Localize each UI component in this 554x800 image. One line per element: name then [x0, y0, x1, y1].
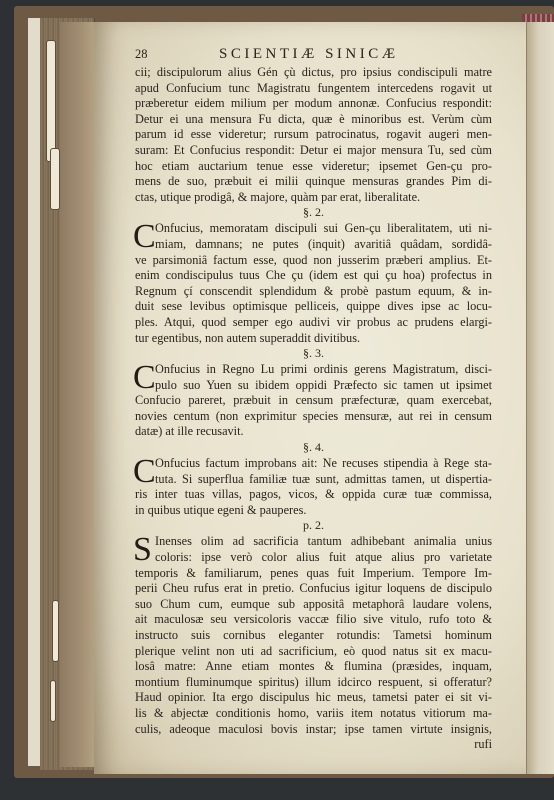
- section-heading: p. 2.: [135, 518, 492, 534]
- text-line: perii Cheu rufus erat in pretio. Confuci…: [135, 581, 492, 597]
- text-line: montium fluminumque spiritus) illum idci…: [135, 675, 492, 691]
- text-line: hoc etiam auctarium tenue esse videretur…: [135, 159, 492, 175]
- text-line: enim condiscipulus tuus Che çu (idem est…: [135, 268, 492, 284]
- text-line: præberetur eidem milium per modum annonæ…: [135, 96, 492, 112]
- text-line: plerique velint non uti ad sacrificium, …: [135, 644, 492, 660]
- text-line: ctas, utique prodigâ, & majore, quàm par…: [135, 190, 492, 206]
- drop-cap: S: [133, 534, 152, 565]
- text-line: suo Chum cum, eumque sub appositâ metaph…: [135, 597, 492, 613]
- torn-page-fragment: [46, 40, 56, 162]
- text-line: cii; discipulorum alius Gén çù dictus, p…: [135, 65, 492, 81]
- text-line: Detur ei una mensura Fu dicta, quæ è min…: [135, 112, 492, 128]
- running-head: SCIENTIÆ SINICÆ: [219, 47, 399, 63]
- text-line: miam, damnans; ne putes (inquit) avariti…: [135, 237, 492, 253]
- text-line: ris inter tuas villas, pagos, vicos, & o…: [135, 487, 492, 503]
- text-line: ve parsimoniâ factum esse, quod non juss…: [135, 253, 492, 269]
- text-line: suram: Et Confucius respondit: Detur ei …: [135, 143, 492, 159]
- torn-page-fragment: [50, 680, 56, 722]
- section-heading: §. 4.: [135, 440, 492, 456]
- facing-page-edge: [526, 22, 554, 774]
- section-paragraph: C Onfucius factum improbans ait: Ne recu…: [135, 456, 492, 518]
- section-heading: §. 2.: [135, 205, 492, 221]
- text-line: novies centum (non exprimitur species me…: [135, 409, 492, 425]
- text-line: mens de suo, præbuit ei milii quinque me…: [135, 174, 492, 190]
- text-line: temporis & familiarum, penes quas fuit I…: [135, 566, 492, 582]
- text-line: tuta. Si superflua familiæ tuæ sunt, adm…: [135, 472, 492, 488]
- text-line: apud Confucium tunc Magistratu fungentem…: [135, 81, 492, 97]
- page-text: 28 SCIENTIÆ SINICÆ cii; discipulorum ali…: [135, 47, 492, 753]
- text-line: Inenses olim ad sacrificia tantum adhibe…: [135, 534, 492, 550]
- text-line: datæ) at ille recusavit.: [135, 424, 492, 440]
- section-paragraph: S Inenses olim ad sacrificia tantum adhi…: [135, 534, 492, 752]
- page-gutter-shadow: [60, 22, 94, 767]
- opening-paragraph: cii; discipulorum alius Gén çù dictus, p…: [135, 65, 492, 205]
- text-line: parum id esse videretur; rursum patrocin…: [135, 127, 492, 143]
- torn-page-fragment: [52, 600, 59, 662]
- drop-cap: C: [133, 456, 156, 487]
- text-line: ples. Atqui, quod semper ego audivi vir …: [135, 315, 492, 331]
- text-line: ait maculosæ seu versicoloris vaccæ fili…: [135, 612, 492, 628]
- text-line: culis, adeoque maculosi bovis instar; ip…: [135, 722, 492, 738]
- book-page: 28 SCIENTIÆ SINICÆ cii; discipulorum ali…: [94, 22, 526, 774]
- section-paragraph: C Onfucius, memoratam discipuli sui Gen-…: [135, 221, 492, 346]
- text-line: tur egentibus, non autem superaddit divi…: [135, 331, 492, 347]
- text-line: duit sese levibus optimisque pelliceis, …: [135, 299, 492, 315]
- drop-cap: C: [133, 362, 156, 393]
- text-line: coloris: ipse verò color alius fuit atqu…: [135, 550, 492, 566]
- text-line: lis & abjectæ conditionis homo, variis i…: [135, 706, 492, 722]
- catchword: rufi: [135, 737, 492, 753]
- text-line: Onfucius in Regno Lu primi ordinis geren…: [135, 362, 492, 378]
- text-line: Regnum çí conscendit splendidum & probè …: [135, 284, 492, 300]
- headband: [522, 14, 554, 22]
- text-line: in quibus utique egeni & pauperes.: [135, 503, 492, 519]
- text-line: pulo suo Yuen su ibidem oppidi Præfecto …: [135, 378, 492, 394]
- text-line: instructo suis cornibus eleganter rotund…: [135, 628, 492, 644]
- text-line: Onfucius factum improbans ait: Ne recuse…: [135, 456, 492, 472]
- text-line: losâ matre: Anne etiam montes & flumina …: [135, 659, 492, 675]
- text-line: Confucio pareret, præbuit in censum præf…: [135, 393, 492, 409]
- drop-cap: C: [133, 221, 156, 252]
- text-line: Onfucius, memoratam discipuli sui Gen-çu…: [135, 221, 492, 237]
- text-line: Haud opinior. Ita ergo discipulus hic me…: [135, 690, 492, 706]
- page-header: 28 SCIENTIÆ SINICÆ: [135, 47, 492, 65]
- page-number: 28: [135, 47, 175, 63]
- section-heading: §. 3.: [135, 346, 492, 362]
- section-paragraph: C Onfucius in Regno Lu primi ordinis ger…: [135, 362, 492, 440]
- torn-page-fragment: [50, 148, 60, 210]
